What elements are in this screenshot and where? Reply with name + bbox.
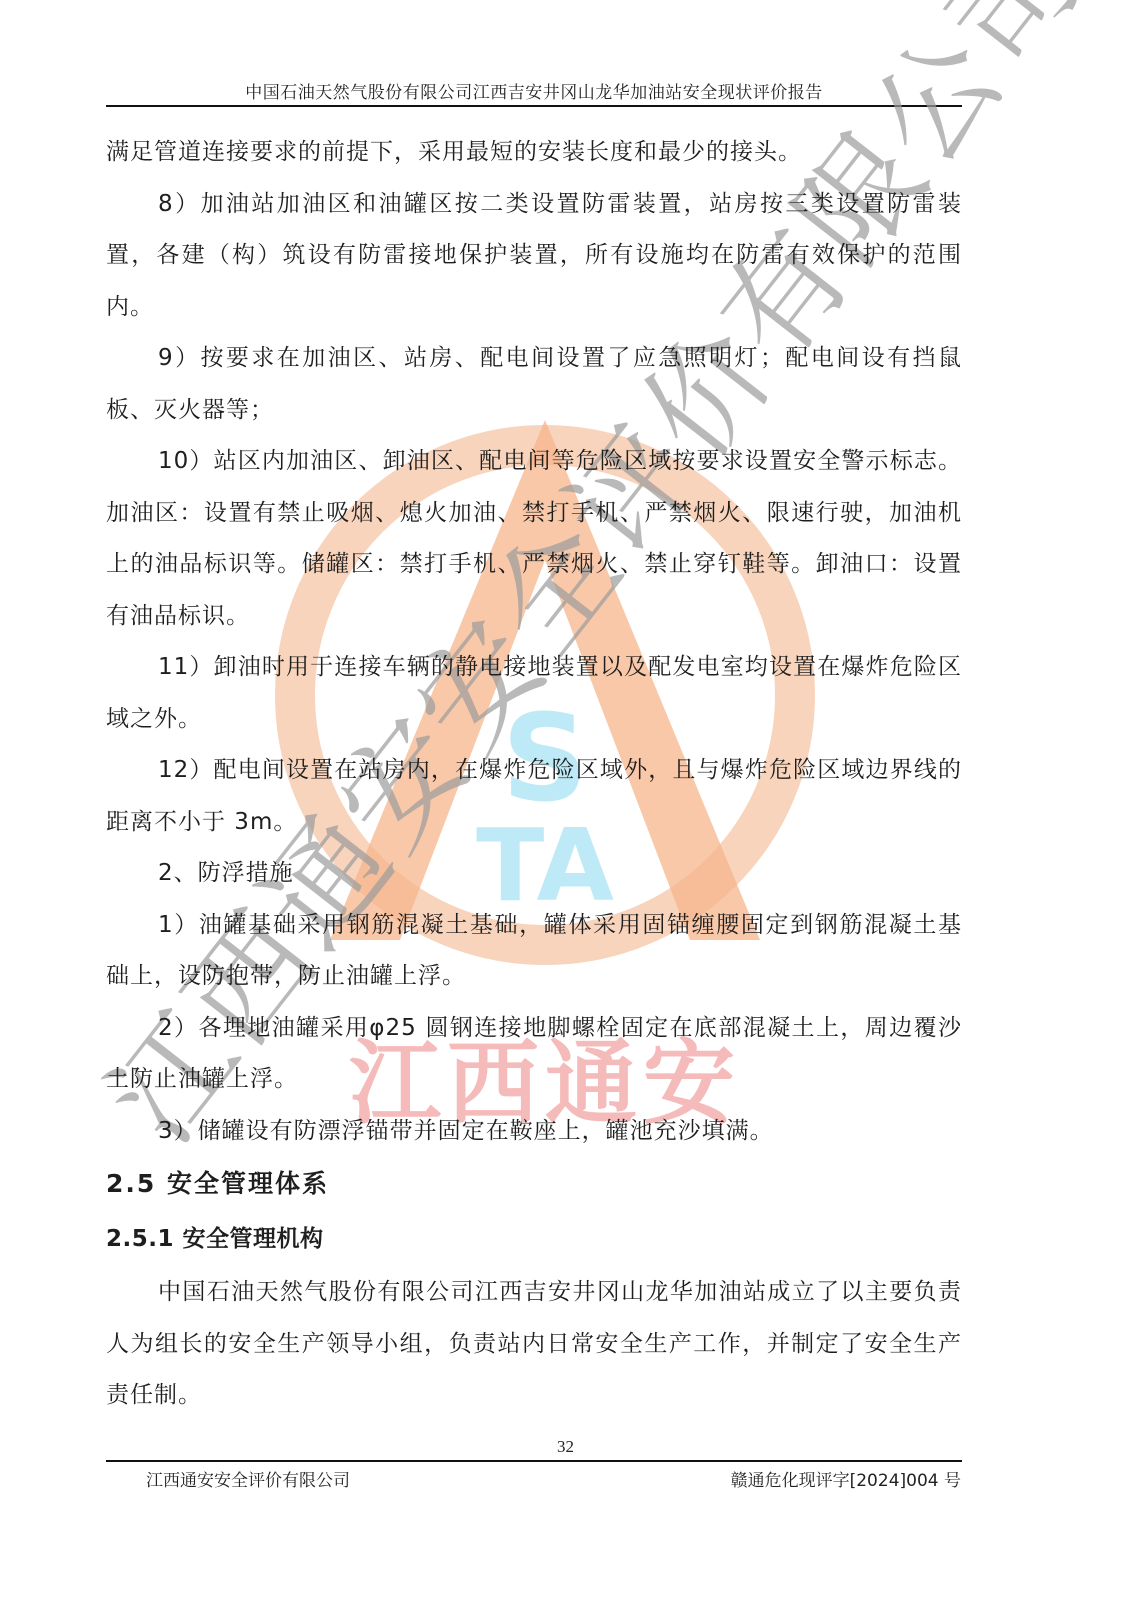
paragraph: 2）各埋地油罐采用φ25 圆钢连接地脚螺栓固定在底部混凝土上，周边覆沙土防止油罐… <box>106 1003 962 1106</box>
footer-company: 江西通安安全评价有限公司 <box>146 1466 350 1491</box>
paragraph: 11）卸油时用于连接车辆的静电接地装置以及配发电室均设置在爆炸危险区域之外。 <box>106 642 962 745</box>
page-number: 32 <box>0 1437 1131 1457</box>
subsection-heading: 2.5.1 安全管理机构 <box>106 1211 962 1267</box>
document-body: 满足管道连接要求的前提下，采用最短的安装长度和最少的接头。 8）加油站加油区和油… <box>106 127 962 1422</box>
paragraph: 10）站区内加油区、卸油区、配电间等危险区域按要求设置安全警示标志。加油区：设置… <box>106 436 962 642</box>
footer-divider <box>106 1460 962 1462</box>
footer-doc-number: 赣通危化现评字[2024]004 号 <box>731 1466 961 1491</box>
paragraph: 3）储罐设有防漂浮锚带并固定在鞍座上，罐池充沙填满。 <box>106 1106 962 1158</box>
paragraph: 1）油罐基础采用钢筋混凝土基础，罐体采用固锚缠腰固定到钢筋混凝土基础上，设防抱带… <box>106 900 962 1003</box>
paragraph: 满足管道连接要求的前提下，采用最短的安装长度和最少的接头。 <box>106 127 962 179</box>
paragraph: 2、防浮措施 <box>106 848 962 900</box>
paragraph: 9）按要求在加油区、站房、配电间设置了应急照明灯；配电间设有挡鼠板、灭火器等； <box>106 333 962 436</box>
paragraph: 12）配电间设置在站房内，在爆炸危险区域外，且与爆炸危险区域边界线的距离不小于 … <box>106 745 962 848</box>
paragraph: 中国石油天然气股份有限公司江西吉安井冈山龙华加油站成立了以主要负责人为组长的安全… <box>106 1267 962 1422</box>
paragraph: 8）加油站加油区和油罐区按二类设置防雷装置，站房按三类设置防雷装置，各建（构）筑… <box>106 179 962 334</box>
section-heading: 2.5 安全管理体系 <box>106 1157 962 1211</box>
header-divider <box>106 105 962 107</box>
page-header: 中国石油天然气股份有限公司江西吉安井冈山龙华加油站安全现状评价报告 <box>108 78 960 103</box>
